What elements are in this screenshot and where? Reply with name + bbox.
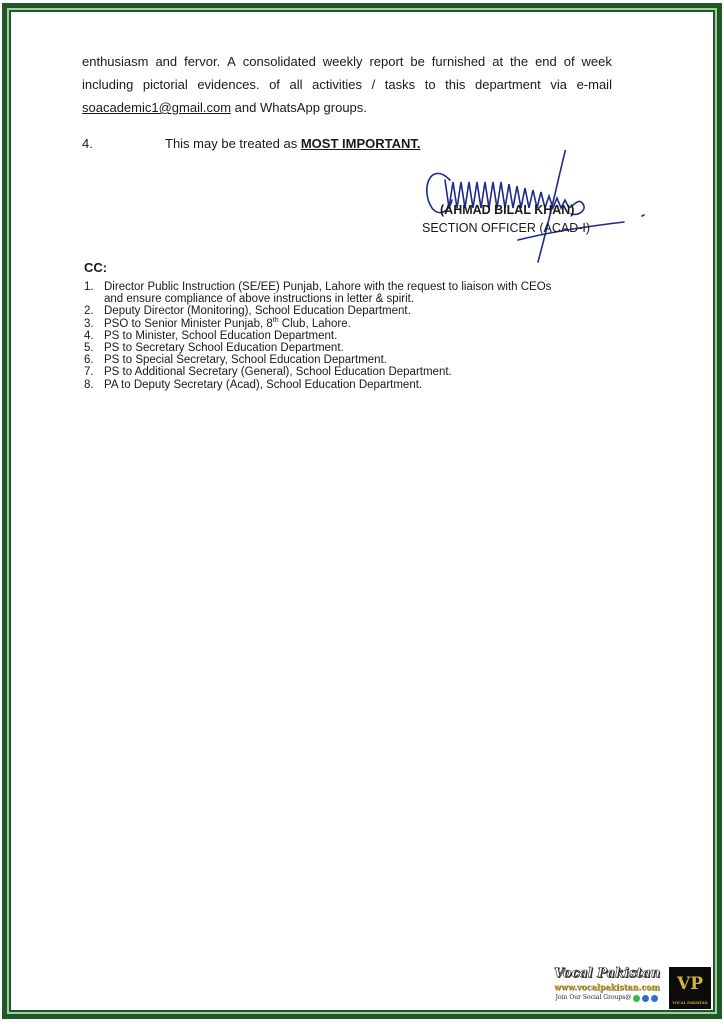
email-link[interactable]: soacademic1@gmail.com	[82, 100, 231, 115]
word: and	[155, 50, 177, 73]
word: fervor.	[184, 50, 220, 73]
word: consolidated	[243, 50, 316, 73]
cc-list-item: 5.PS to Secretary School Education Depar…	[84, 342, 551, 354]
watermark-text: Vocal Pakistan www.vocalpakistan.com Joi…	[548, 966, 666, 1010]
logo-subtext: VOCAL PAKISTAN	[669, 1001, 711, 1005]
word: of	[269, 73, 280, 96]
word: at	[492, 50, 503, 73]
item-4-lead: This may be treated as	[165, 136, 301, 151]
body-paragraph: enthusiasmandfervor.Aconsolidatedweeklyr…	[82, 50, 612, 119]
signatory-name: (AHMAD BILAL KHAN)	[440, 203, 574, 217]
watermark-url[interactable]: www.vocalpakistan.com	[548, 981, 666, 993]
cc-item-number: 4.	[84, 330, 94, 342]
word: to	[425, 73, 436, 96]
item-4-number: 4.	[82, 136, 93, 151]
cc-list-item: 6.PS to Special Secretary, School Educat…	[84, 354, 551, 366]
word: pictorial	[143, 73, 188, 96]
watermark-join: Join Our Social Groups@	[548, 993, 666, 1003]
cc-list-item: 3.PSO to Senior Minister Punjab, 8th Clu…	[84, 318, 551, 330]
paragraph-line-1: enthusiasmandfervor.Aconsolidatedweeklyr…	[82, 50, 612, 73]
word: the	[510, 50, 528, 73]
logo-text: VP	[677, 974, 703, 994]
cc-item-number: 6.	[84, 354, 94, 366]
word: A	[227, 50, 236, 73]
watermark-join-text: Join Our Social Groups@	[556, 993, 632, 1003]
cc-item-number: 5.	[84, 342, 94, 354]
facebook-icon[interactable]	[642, 995, 649, 1002]
word: furnished	[432, 50, 485, 73]
most-important-emphasis: MOST IMPORTANT.	[301, 136, 421, 151]
paragraph-line-3-rest: and WhatsApp groups.	[231, 100, 367, 115]
word: all	[290, 73, 303, 96]
word: via	[550, 73, 567, 96]
linkedin-icon[interactable]	[651, 995, 658, 1002]
word: evidences.	[197, 73, 259, 96]
cc-item-number: 1.	[84, 281, 94, 293]
cc-item-number: 2.	[84, 305, 94, 317]
watermark-title: Vocal Pakistan	[548, 966, 666, 981]
word: report	[369, 50, 403, 73]
word: /	[372, 73, 376, 96]
word: department	[475, 73, 541, 96]
word: of	[564, 50, 575, 73]
word: tasks	[385, 73, 415, 96]
word: including	[82, 73, 133, 96]
item-4-text: This may be treated as MOST IMPORTANT.	[165, 136, 420, 151]
paragraph-line-2: includingpictorialevidences.ofallactivit…	[82, 73, 612, 96]
word: activities	[312, 73, 362, 96]
word: be	[410, 50, 424, 73]
cc-list-item: 1.Director Public Instruction (SE/EE) Pu…	[84, 281, 551, 305]
word: this	[445, 73, 465, 96]
cc-list: 1.Director Public Instruction (SE/EE) Pu…	[84, 281, 551, 391]
whatsapp-icon[interactable]	[633, 995, 640, 1002]
cc-list-item: 7.PS to Additional Secretary (General), …	[84, 366, 551, 378]
word: end	[535, 50, 557, 73]
cc-list-item: 2.Deputy Director (Monitoring), School E…	[84, 305, 551, 317]
paragraph-line-3: soacademic1@gmail.com and WhatsApp group…	[82, 96, 612, 119]
cc-list-item: 4.PS to Minister, School Education Depar…	[84, 330, 551, 342]
vp-logo-icon: VPVOCAL PAKISTAN	[669, 967, 711, 1009]
signatory-title: SECTION OFFICER (ACAD-I)	[422, 221, 590, 235]
word: week	[582, 50, 612, 73]
word: weekly	[323, 50, 363, 73]
cc-item-number: 7.	[84, 366, 94, 378]
cc-item-number: 3.	[84, 318, 94, 330]
cc-item-number: 8.	[84, 379, 94, 391]
signature-block: (AHMAD BILAL KHAN) SECTION OFFICER (ACAD…	[410, 150, 660, 270]
cc-list-item: 8.PA to Deputy Secretary (Acad), School …	[84, 379, 551, 391]
vocal-pakistan-watermark[interactable]: Vocal Pakistan www.vocalpakistan.com Joi…	[548, 966, 712, 1010]
word: enthusiasm	[82, 50, 148, 73]
cc-label: CC:	[84, 260, 107, 275]
word: e-mail	[577, 73, 612, 96]
